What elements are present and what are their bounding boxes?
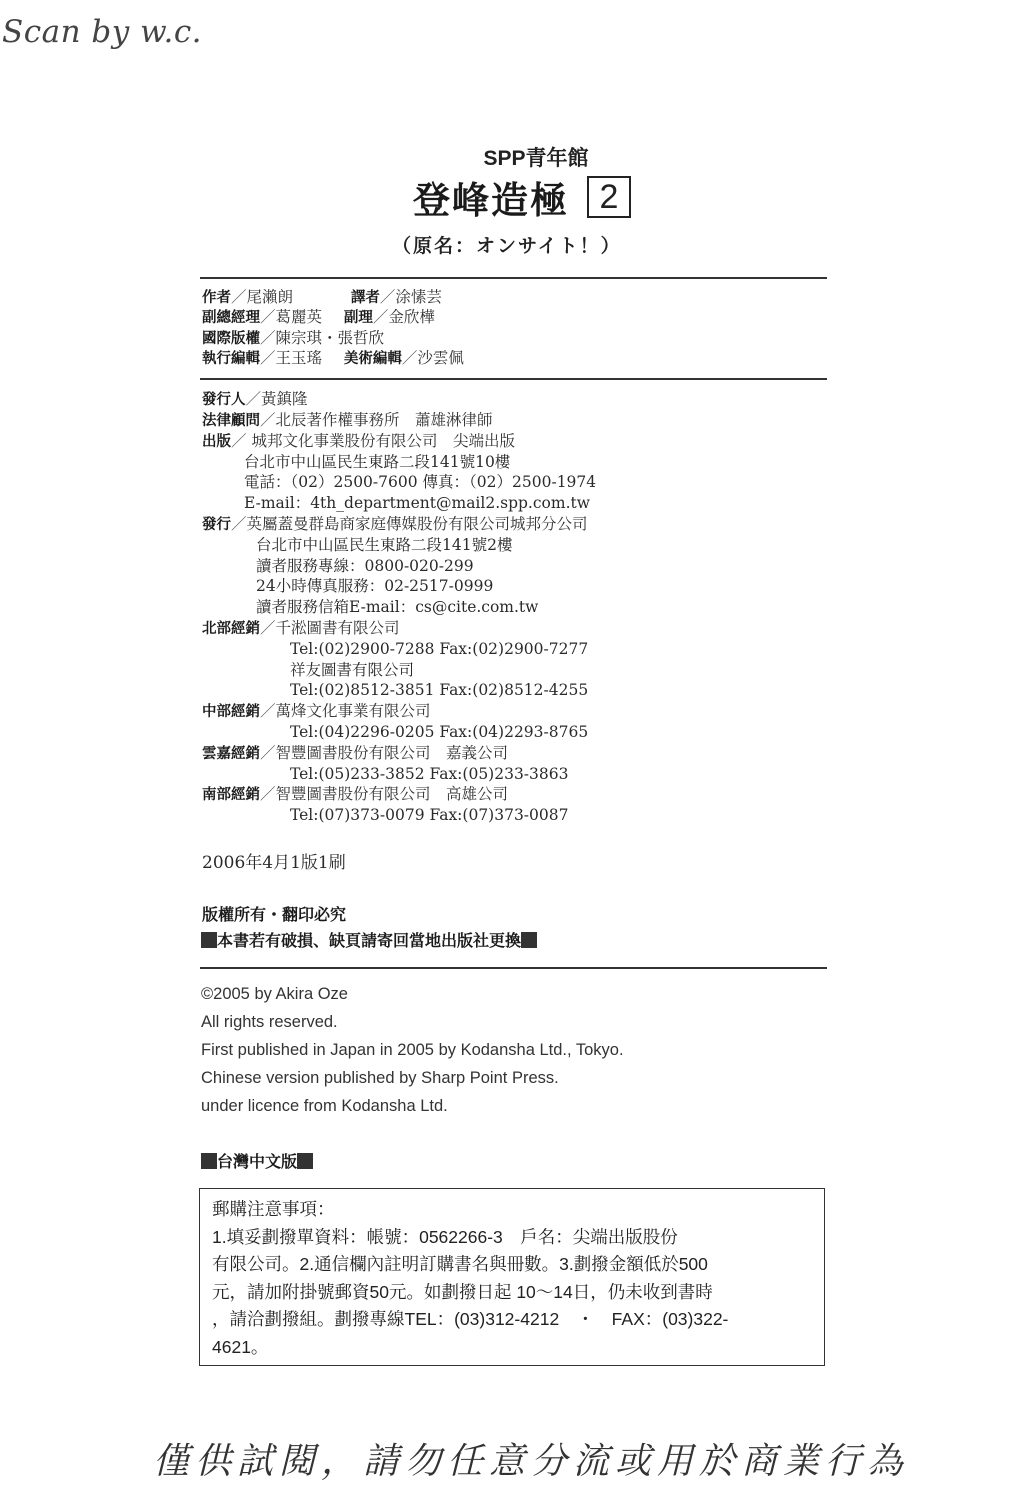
staff-value: 沙雲佩	[417, 349, 464, 367]
distributor-yunjia: 雲嘉經銷／智豐圖書股份有限公司 嘉義公司	[202, 743, 508, 764]
footer-watermark: 僅供試閱，請勿任意分流或用於商業行為	[0, 1433, 1032, 1484]
black-square-icon	[521, 932, 537, 948]
black-square-icon	[297, 1153, 313, 1169]
series-name: SPP青年館	[0, 142, 1032, 172]
distributor-contact: Tel:(05)233-3852 Fax:(05)233-3863	[290, 764, 569, 784]
staff-row: 副總經理／葛麗英 副理／金欣樺	[202, 307, 435, 328]
rights-notice: 版權所有・翻印必究	[202, 905, 346, 925]
distributor-central: 中部經銷／萬烽文化事業有限公司	[202, 701, 431, 722]
distributor-north: 北部經銷／千淞圖書有限公司	[202, 618, 400, 639]
divider	[200, 967, 827, 969]
distributor-contact: Tel:(07)373-0079 Fax:(07)373-0087	[290, 805, 569, 825]
mail-order-line: ，請洽劃撥組。劃撥專線TEL：(03)312-4212 ・ FAX：(03)32…	[212, 1306, 812, 1334]
edition-tag: 台灣中文版	[201, 1152, 313, 1172]
staff-value: 尾瀨朗	[247, 288, 294, 306]
mail-order-notice: 郵購注意事項： 1.填妥劃撥單資料：帳號：0562266-3 戶名：尖端出版股份…	[199, 1188, 825, 1366]
distribution-address: 台北市中山區民生東路二段141號2樓	[256, 535, 512, 555]
issuer-row: 發行人／黃鎮隆	[202, 389, 308, 410]
mail-order-title: 郵購注意事項：	[212, 1196, 812, 1224]
staff-label: 副總經理	[202, 310, 260, 326]
divider	[200, 277, 827, 279]
distributor-name: 祥友圖書有限公司	[290, 660, 414, 680]
distribution-row: 發行／英屬蓋曼群島商家庭傳媒股份有限公司城邦分公司	[202, 514, 588, 535]
distributor-contact: Tel:(02)2900-7288 Fax:(02)2900-7277	[290, 639, 588, 659]
volume-number: 2	[587, 176, 631, 218]
mail-order-line: 元，請加附掛號郵資50元。如劃撥日起 10～14日，仍未收到書時	[212, 1279, 812, 1307]
staff-label: 譯者	[351, 290, 380, 306]
staff-label: 美術編輯	[344, 351, 402, 367]
title-row: 登峰造極 2	[413, 173, 631, 221]
staff-value: 陳宗琪・張哲欣	[276, 329, 385, 347]
book-title: 登峰造極	[413, 170, 569, 224]
mail-order-line: 1.填妥劃撥單資料：帳號：0562266-3 戶名：尖端出版股份	[212, 1224, 812, 1252]
damaged-notice: 本書若有破損、缺頁請寄回當地出版社更換	[201, 931, 537, 951]
staff-label: 作者	[202, 290, 231, 306]
copyright-line: First published in Japan in 2005 by Koda…	[201, 1041, 624, 1060]
original-title: （原名：オンサイト！）	[392, 231, 622, 258]
black-square-icon	[201, 1153, 217, 1169]
black-square-icon	[201, 932, 217, 948]
distribution-fax: 24小時傳真服務：02-2517-0999	[256, 576, 493, 596]
distribution-email: 讀者服務信箱E-mail：cs@cite.com.tw	[256, 597, 538, 617]
divider	[200, 378, 827, 380]
mail-order-line: 有限公司。2.通信欄內註明訂購書名與冊數。3.劃撥金額低於500	[212, 1251, 812, 1279]
publishing-row: 出版／ 城邦文化事業股份有限公司 尖端出版	[202, 431, 515, 452]
edition-date: 2006年4月1版1刷	[202, 853, 346, 873]
staff-label: 國際版權	[202, 331, 260, 347]
copyright-line: All rights reserved.	[201, 1013, 338, 1032]
staff-label: 副理	[344, 310, 373, 326]
staff-value: 涂愫芸	[395, 288, 442, 306]
publishing-address: 台北市中山區民生東路二段141號10樓	[244, 452, 510, 472]
mail-order-line: 4621。	[212, 1334, 812, 1362]
distribution-service-line: 讀者服務專線：0800-020-299	[256, 556, 474, 576]
staff-row: 執行編輯／王玉瑤 美術編輯／沙雲佩	[202, 348, 464, 369]
copyright-line: under licence from Kodansha Ltd.	[201, 1097, 448, 1116]
staff-value: 葛麗英	[276, 308, 323, 326]
distributor-contact: Tel:(04)2296-0205 Fax:(04)2293-8765	[290, 722, 588, 742]
scan-credit: Scan by w.c.	[2, 14, 202, 50]
publishing-email: E-mail：4th_department@mail2.spp.com.tw	[244, 493, 590, 513]
copyright-line: ©2005 by Akira Oze	[201, 985, 348, 1004]
legal-row: 法律顧問／北辰著作權事務所 蕭雄淋律師	[202, 410, 493, 431]
staff-row: 國際版權／陳宗琪・張哲欣	[202, 328, 384, 349]
staff-value: 王玉瑤	[276, 349, 323, 367]
publishing-phone: 電話：（02）2500-7600 傳真：（02）2500-1974	[244, 472, 596, 492]
staff-value: 金欣樺	[388, 308, 435, 326]
copyright-line: Chinese version published by Sharp Point…	[201, 1069, 559, 1088]
staff-label: 執行編輯	[202, 351, 260, 367]
staff-row: 作者／尾瀨朗 譯者／涂愫芸	[202, 287, 442, 308]
distributor-south: 南部經銷／智豐圖書股份有限公司 高雄公司	[202, 784, 508, 805]
distributor-contact: Tel:(02)8512-3851 Fax:(02)8512-4255	[290, 680, 588, 700]
